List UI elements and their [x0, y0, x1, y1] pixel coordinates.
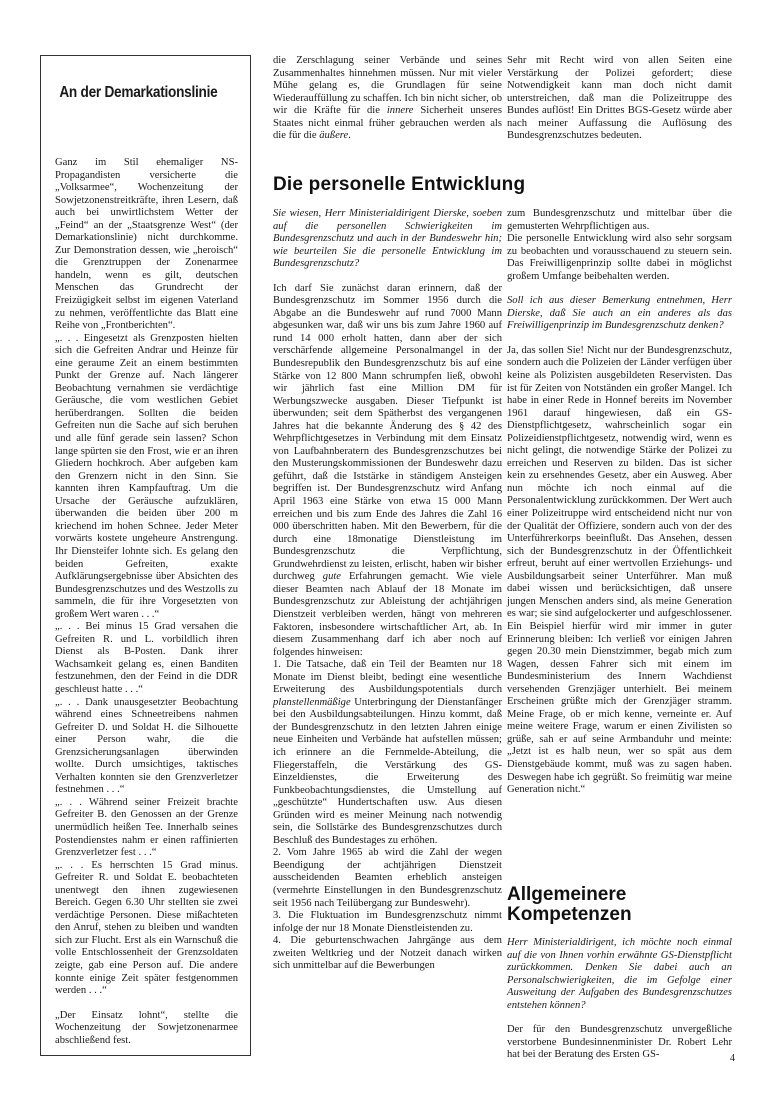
sidebar-paragraph: „. . . Eingesetzt als Grenzposten hielte… [55, 333, 238, 622]
sidebar-paragraph: „. . . Dank unausgesetzter Beobachtung w… [55, 697, 238, 797]
section-heading-competences: Allgemeinere Kompetenzen [507, 885, 657, 925]
interview-question-3: Herr Ministerialdirigent, ich möchte noc… [507, 937, 732, 1012]
emphasis-gute: gute [323, 571, 341, 582]
emphasis-innere: innere [387, 105, 414, 116]
interview-answer-3: Der für den Bundesgrenzschutz unvergeßli… [507, 1024, 732, 1062]
middle-intro-paragraph: die Zerschlagung seiner Verbände und sei… [273, 55, 502, 143]
sidebar-paragraph: „. . . Während seiner Freizeit brachte G… [55, 797, 238, 860]
list-item-3: 3. Die Fluktuation im Bundesgrenzschutz … [273, 910, 502, 935]
sidebar-box-body: Ganz im Stil ehemaliger NS-Propagandiste… [55, 157, 238, 1047]
interview-question-2: Soll ich aus dieser Bemerkung entnehmen,… [507, 295, 732, 333]
sidebar-box-title: An der Demarkationslinie [57, 84, 220, 102]
interview-question: Sie wiesen, Herr Ministerialdirigent Die… [273, 208, 502, 271]
right-intro-paragraph: Sehr mit Recht wird von allen Seiten ein… [507, 55, 732, 143]
magazine-page: An der Demarkationslinie Ganz im Stil eh… [0, 0, 778, 1100]
right-intro: Sehr mit Recht wird von allen Seiten ein… [507, 55, 732, 143]
interview-answer: Ich darf Sie zunächst daran erinnern, da… [273, 283, 502, 659]
list-item-1: 1. Die Tatsache, daß ein Teil der Beamte… [273, 659, 502, 847]
right-final: Herr Ministerialdirigent, ich möchte noc… [507, 937, 732, 1062]
middle-interview: Sie wiesen, Herr Ministerialdirigent Die… [273, 208, 502, 973]
continuation-paragraph-2: Die personelle Entwicklung wird also seh… [507, 233, 732, 283]
list-item-2: 2. Vom Jahre 1965 ab wird die Zahl der w… [273, 847, 502, 910]
page-number: 4 [730, 1053, 735, 1064]
sidebar-paragraph: „. . . Es herrschten 15 Grad minus. Gefr… [55, 860, 238, 998]
sidebar-box: An der Demarkationslinie Ganz im Stil eh… [40, 55, 251, 1056]
section-heading-personnel: Die personelle Entwicklung [273, 174, 525, 196]
emphasis-aeussere: äußere [319, 130, 348, 141]
continuation-paragraph: zum Bundesgrenzschutz und mittelbar über… [507, 208, 732, 233]
right-interview: zum Bundesgrenzschutz und mittelbar über… [507, 208, 732, 797]
sidebar-paragraph: „. . . Bei minus 15 Grad versahen die Ge… [55, 621, 238, 696]
emphasis-planstellen: planstellenmäßige [273, 697, 351, 708]
sidebar-paragraph: Ganz im Stil ehemaliger NS-Propagandiste… [55, 157, 238, 333]
sidebar-closing-paragraph: „Der Einsatz lohnt“, stellte die Wochenz… [55, 1010, 238, 1048]
middle-intro: die Zerschlagung seiner Verbände und sei… [273, 55, 502, 143]
interview-answer-2: Ja, das sollen Sie! Nicht nur der Bundes… [507, 345, 732, 797]
list-item-4: 4. Die geburtenschwachen Jahrgänge aus d… [273, 935, 502, 973]
